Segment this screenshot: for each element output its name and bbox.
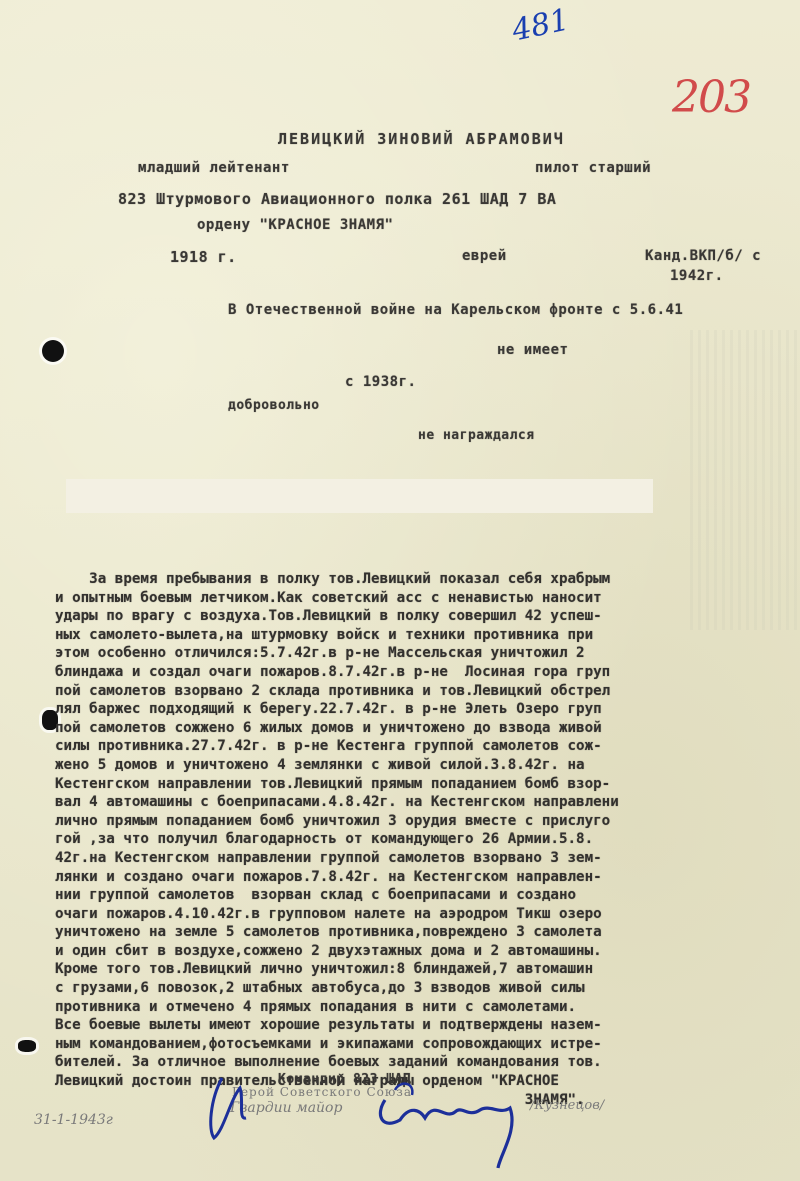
birth-year: 1918 г. xyxy=(170,248,237,266)
commander-signature xyxy=(200,1060,540,1170)
narrative-line: жено 5 домов и уничтожено 4 землянки с ж… xyxy=(55,756,800,775)
narrative-line: и один сбит в воздухе,сожжено 2 двухэтаж… xyxy=(55,942,800,961)
narrative-line: и опытным боевым летчиком.Как советский … xyxy=(55,589,800,608)
party-year: 1942г. xyxy=(670,268,724,284)
narrative-line: блиндажа и создал очаги пожаров.8.7.42г.… xyxy=(55,663,800,682)
punch-hole xyxy=(42,340,64,362)
narrative-line: очаги пожаров.4.10.42г.в групповом налет… xyxy=(55,905,800,924)
narrative-line: пой самолетов взорвано 2 склада противни… xyxy=(55,682,800,701)
narrative-line: ных самолето-вылета,на штурмовку войск и… xyxy=(55,626,800,645)
archive-number-red: 203 xyxy=(672,72,750,123)
award-narrative: За время пребывания в полку тов.Левицкий… xyxy=(55,570,800,1109)
narrative-line: Все боевые вылеты имеют хорошие результа… xyxy=(55,1016,800,1035)
nationality: еврей xyxy=(462,248,507,264)
full-name: ЛЕВИЦКИЙ ЗИНОВИЙ АБРАМОВИЧ xyxy=(278,130,565,148)
narrative-line: противника и отмечено 4 прямых попадания… xyxy=(55,998,800,1017)
narrative-line: вал 4 автомашины с боеприпасами.4.8.42г.… xyxy=(55,793,800,812)
date-handwritten: 31-1-1943г xyxy=(34,1112,113,1128)
commander-name: /Кузнецов/ xyxy=(530,1098,604,1113)
punch-hole xyxy=(18,1040,36,1052)
war-participation: В Отечественной войне на Карельском фрон… xyxy=(228,302,683,318)
service-since: с 1938г. xyxy=(345,374,416,390)
narrative-line: силы противника.27.7.42г. в р-не Кестенг… xyxy=(55,737,800,756)
narrative-line: лично прямым попаданием бомб уничтожил 3… xyxy=(55,812,800,831)
award-nominated: ордену "КРАСНОЕ ЗНАМЯ" xyxy=(197,217,393,233)
narrative-line: с грузами,6 повозок,2 штабных автобуса,д… xyxy=(55,979,800,998)
party-membership: Канд.ВКП/б/ с xyxy=(645,248,761,264)
conscription: добровольно xyxy=(228,398,320,413)
narrative-line: удары по врагу с воздуха.Тов.Левицкий в … xyxy=(55,607,800,626)
narrative-line: гой ,за что получил благодарность от ком… xyxy=(55,830,800,849)
narrative-line: 42г.на Кестенгском направлении группой с… xyxy=(55,849,800,868)
redacted-field xyxy=(66,479,653,513)
rank: младший лейтенант xyxy=(138,160,290,176)
narrative-line: пой самолетов сожжено 6 жилых домов и ун… xyxy=(55,719,800,738)
narrative-line: нии группой самолетов взорван склад с бо… xyxy=(55,886,800,905)
narrative-line: лял баржес подходящий к берегу.22.7.42г.… xyxy=(55,700,800,719)
position: пилот старший xyxy=(535,160,651,176)
unit: 823 Штурмового Авиационного полка 261 ША… xyxy=(118,190,556,208)
narrative-line: Кроме того тов.Левицкий лично уничтожил:… xyxy=(55,960,800,979)
narrative-line: уничтожено на земле 5 самолетов противни… xyxy=(55,923,800,942)
wounds: не имеет xyxy=(497,342,568,358)
narrative-line: Кестенгском направлении тов.Левицкий пря… xyxy=(55,775,800,794)
narrative-line: лянки и создано очаги пожаров.7.8.42г. н… xyxy=(55,868,800,887)
previous-awards: не награждался xyxy=(418,428,535,443)
narrative-line: За время пребывания в полку тов.Левицкий… xyxy=(55,570,800,589)
narrative-line: этом особенно отличился:5.7.42г.в р-не М… xyxy=(55,644,800,663)
narrative-line: ным командованием,фотосъемками и экипажа… xyxy=(55,1035,800,1054)
